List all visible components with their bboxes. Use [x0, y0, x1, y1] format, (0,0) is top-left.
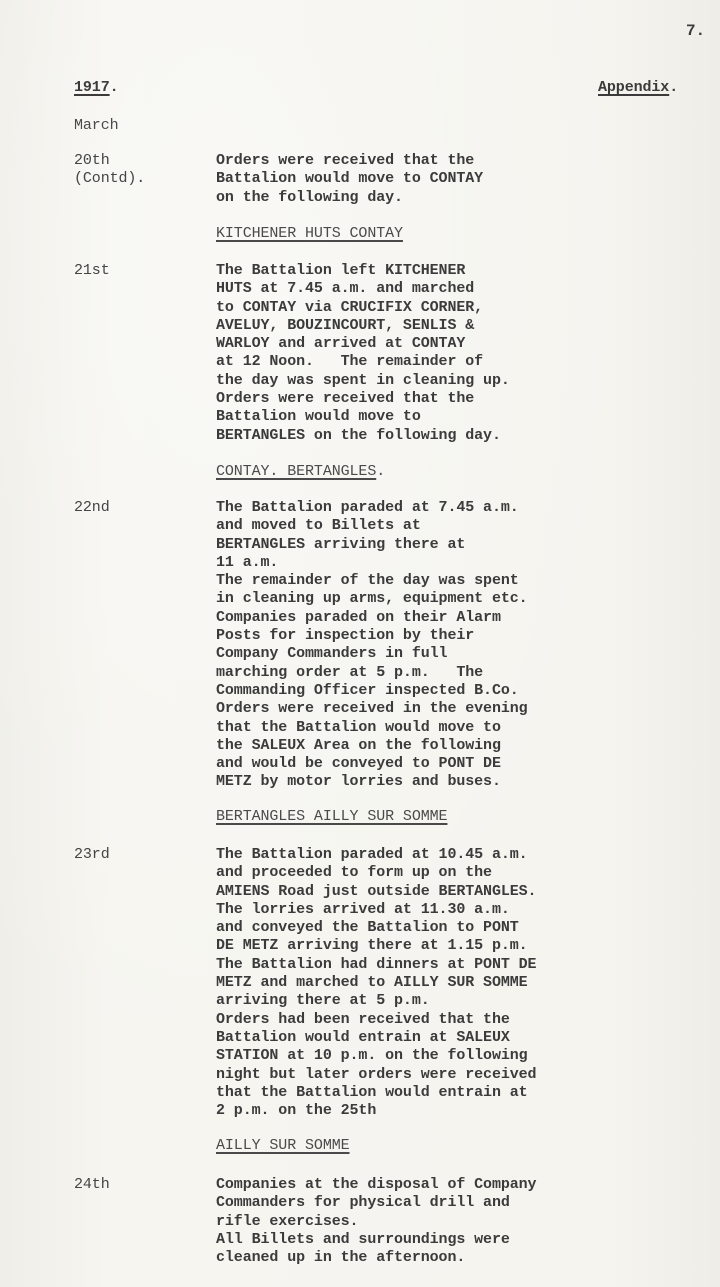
heading-period: .: [376, 463, 385, 480]
appendix-heading: Appendix.: [598, 79, 678, 97]
entry-date-22nd: 22nd: [74, 499, 110, 517]
entry-text-23rd: The Battalion paraded at 10.45 a.m. and …: [216, 846, 536, 1120]
month-label: March: [74, 117, 119, 135]
year-period: .: [110, 79, 119, 96]
appendix-period: .: [669, 79, 678, 96]
location-heading-contay-bertangles-wrap: CONTAY. BERTANGLES.: [216, 463, 385, 481]
entry-date-20th: 20th: [74, 152, 110, 170]
year: 1917: [74, 79, 110, 96]
page-number: 7.: [686, 22, 705, 40]
entry-text-21st: The Battalion left KITCHENER HUTS at 7.4…: [216, 262, 510, 445]
location-heading-ailly-sur-somme: AILLY SUR SOMME: [216, 1137, 350, 1155]
entry-text-24th: Companies at the disposal of Company Com…: [216, 1176, 536, 1267]
entry-text-20th: Orders were received that the Battalion …: [216, 152, 483, 207]
year-heading: 1917.: [74, 79, 119, 97]
entry-date-23rd: 23rd: [74, 846, 110, 864]
entry-date-21st: 21st: [74, 262, 110, 280]
location-heading-kitchener-huts-contay: KITCHENER HUTS CONTAY: [216, 225, 403, 243]
entry-text-22nd: The Battalion paraded at 7.45 a.m. and m…: [216, 499, 528, 792]
typewritten-war-diary-page: 7. 1917. Appendix. March 20th (Contd). O…: [0, 0, 720, 1287]
entry-date-contd: (Contd).: [74, 170, 145, 188]
location-heading-contay-bertangles: CONTAY. BERTANGLES: [216, 463, 376, 480]
location-heading-bertangles-ailly-sur-somme: BERTANGLES AILLY SUR SOMME: [216, 808, 447, 826]
entry-date-24th: 24th: [74, 1176, 110, 1194]
appendix-label: Appendix: [598, 79, 669, 96]
